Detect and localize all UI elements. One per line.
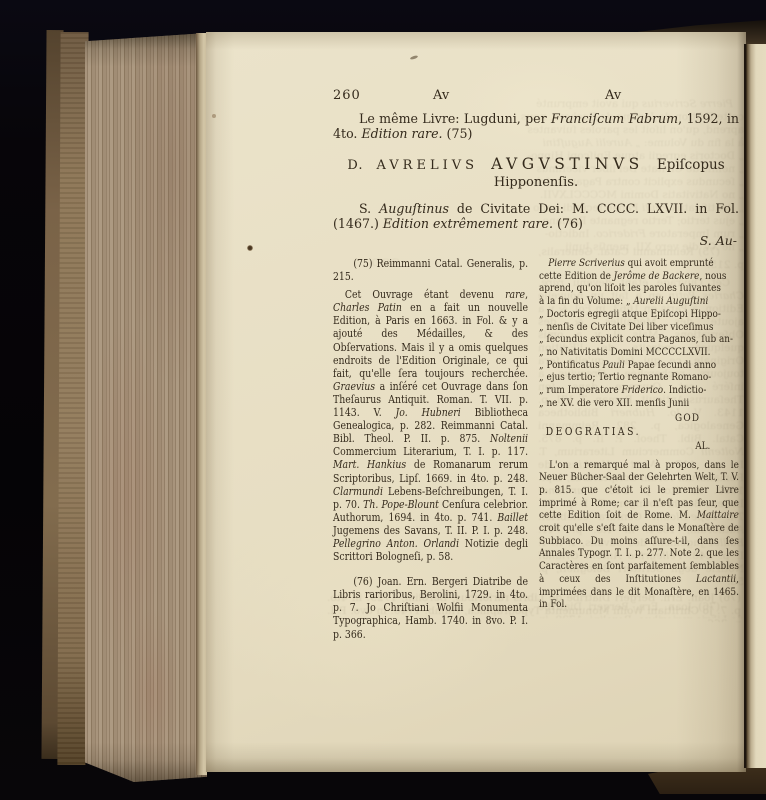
ink-spot — [212, 114, 216, 118]
running-head-right: Av — [605, 88, 621, 103]
footnote-commentary: Cet Ouvrage étant devenu rare, Charles P… — [333, 288, 528, 563]
colophon-quote: Pierre Scriverius qui avoit empruntécett… — [539, 257, 739, 409]
colophon-line: „ nenſis de Civitate Dei liber viceſimus — [539, 321, 739, 334]
entry-paragraph: S. Auguſtinus de Civitate Dei: M. CCCC. … — [333, 201, 739, 231]
running-head-left: Av — [433, 88, 449, 103]
footnote-column-right: Pierre Scriverius qui avoit empruntécett… — [539, 257, 739, 641]
gutter-facing-page — [744, 44, 766, 768]
heading-rank: Epiſcopus — [657, 157, 725, 173]
colophon-line: cette Edition de Jerôme de Backere, nous — [539, 270, 739, 283]
heading-name-aurelius: AVRELIVS — [377, 158, 478, 173]
colophon-line: „ Doctoris egregii atque Epiſcopi Hippo- — [539, 308, 739, 321]
heading-prefix: D. — [347, 158, 363, 173]
book-page: Pierre Scriverius qui avoit empruntécett… — [206, 32, 746, 772]
footnote-column-left-text: (75) Reimmanni Catal. Generalis, p. 215.… — [333, 257, 528, 641]
colophon-line: „ Pontificatus Pauli Papae ſecundi anno — [539, 359, 739, 372]
section-heading-line2: Hipponenſis. — [333, 175, 739, 190]
ink-spot — [247, 245, 253, 251]
book-photograph: Pierre Scriverius qui avoit empruntécett… — [0, 0, 766, 800]
god-line: GOD — [539, 412, 739, 425]
page-number: 260 — [333, 88, 361, 103]
running-head: 260 Av Av — [333, 88, 739, 104]
colophon-line: Pierre Scriverius qui avoit emprunté — [539, 257, 739, 270]
colophon-line: „ ejus tertio; Tertio regnante Romano- — [539, 371, 739, 384]
colophon-line: „ no Nativitatis Domini MCCCCLXVII. — [539, 346, 739, 359]
catchword: S. Au- — [333, 233, 739, 248]
footnote-75: (75) Reimmanni Catal. Generalis, p. 215. — [333, 257, 528, 283]
colophon-line: „ rum Imperatore Friderico. Indictio- — [539, 384, 739, 397]
footnote-column-right-text: Pierre Scriverius qui avoit empruntécett… — [539, 257, 739, 611]
footnote-column-left: (75) Reimmanni Catal. Generalis, p. 215.… — [333, 257, 528, 641]
colophon-line: à la fin du Volume: „ Aurelii Auguſtini — [539, 295, 739, 308]
al-line: AL. — [539, 440, 739, 453]
footnote-columns: (75) Reimmanni Catal. Generalis, p. 215.… — [333, 257, 739, 641]
book-cover-inner-edge — [57, 32, 88, 765]
book-fore-edge — [85, 33, 207, 782]
rome-paragraph: L'on a remarqué mal à propos, dans le Ne… — [539, 459, 739, 611]
ink-spot — [410, 55, 419, 60]
colophon-line: aprend, qu'on liſoit les paroles ſuivant… — [539, 282, 739, 295]
deogratias-line: DEOGRATIAS. — [539, 426, 739, 439]
page-content: 260 Av Av Le même Livre: Lugduni, per Fr… — [333, 88, 739, 641]
colophon-line: „ ſecundus explicit contra Paganos, ſub … — [539, 333, 739, 346]
footnote-76: (76) Joan. Ern. Bergeri Diatribe de Libr… — [333, 575, 528, 640]
intro-paragraph: Le même Livre: Lugduni, per Franciſcum F… — [333, 111, 739, 141]
colophon-line: „ ne XV. die vero XII. menſis Junii — [539, 397, 739, 410]
heading-name-augustinus: AVGVSTINVS — [491, 155, 644, 173]
section-heading: D. AVRELIVS AVGVSTINVS Epiſcopus — [333, 154, 739, 173]
